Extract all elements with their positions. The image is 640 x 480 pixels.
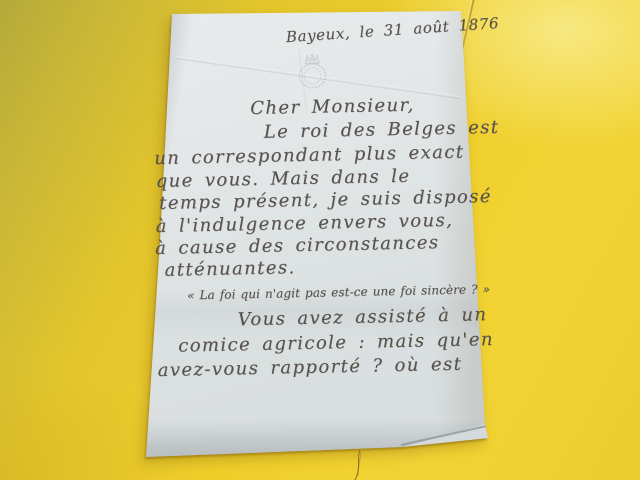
letter-line: avez-vous rapporté ? où est xyxy=(158,354,463,381)
letter-line: Vous avez assisté à un xyxy=(237,304,487,330)
letter-line: un correspondant plus exact xyxy=(154,142,465,169)
letter-line: atténuantes. xyxy=(164,257,295,281)
letter-quote-line: « La foi qui n'agit pas est-ce une foi s… xyxy=(187,282,490,302)
photo-background: Bayeux, le 31 août 1876 Cher Monsieur, L… xyxy=(0,0,640,480)
letter-text-layer: Bayeux, le 31 août 1876 Cher Monsieur, L… xyxy=(0,0,640,480)
letter-line: Cher Monsieur, xyxy=(250,95,415,119)
embossed-crest-icon xyxy=(290,50,335,91)
letter-dateline: Bayeux, le 31 août 1876 xyxy=(285,14,499,46)
letter-line: comice agricole : mais qu'en xyxy=(178,329,494,357)
letter-line: Le roi des Belges est xyxy=(264,117,500,143)
